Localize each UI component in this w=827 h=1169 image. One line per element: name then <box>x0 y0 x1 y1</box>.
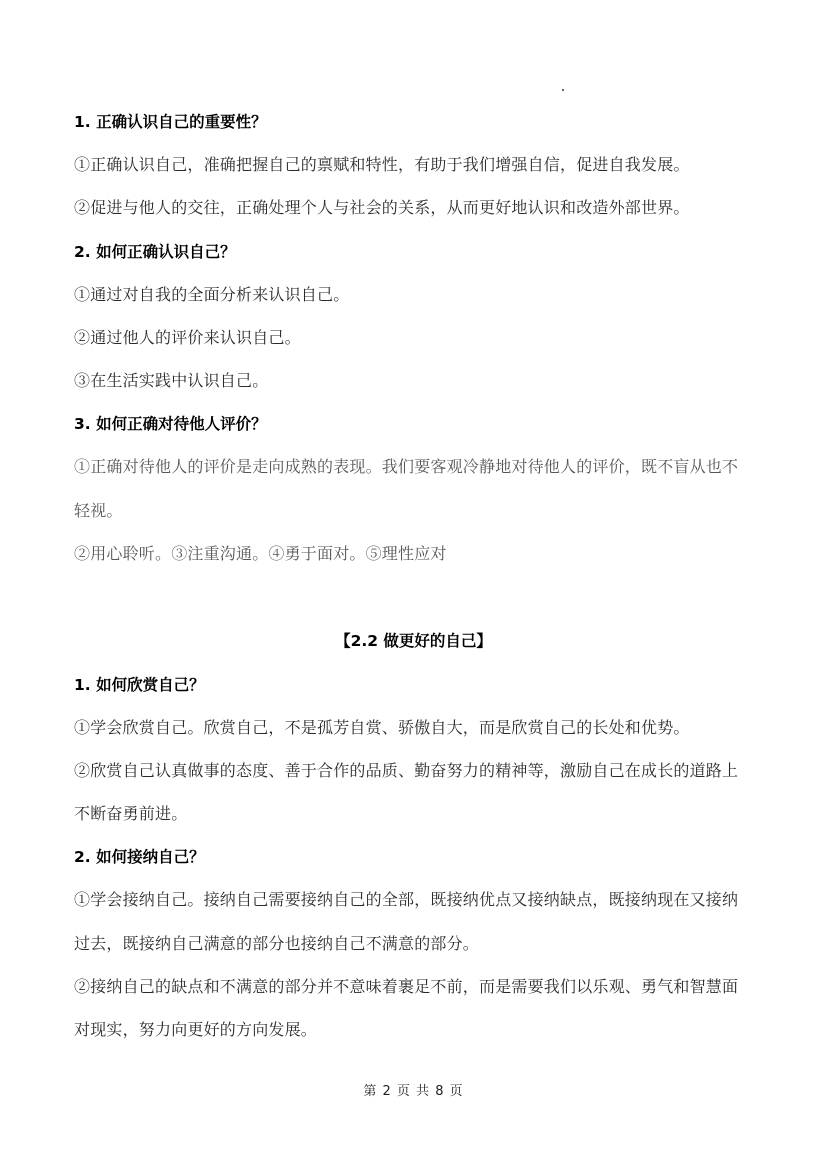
answer-line: ③在生活实践中认识自己。 <box>74 371 268 391</box>
answer-line: 对现实，努力向更好的方向发展。 <box>74 1020 317 1040</box>
answer-line: ①学会欣赏自己。欣赏自己，不是孤芳自赏、骄傲自大，而是欣赏自己的长处和优势。 <box>74 718 690 738</box>
question-heading-others-evaluation: 3. 如何正确对待他人评价？ <box>74 414 267 434</box>
question-heading-know-self: 2. 如何正确认识自己？ <box>74 242 236 262</box>
answer-line: ②用心聆听。③注重沟通。④勇于面对。⑤理性应对 <box>74 544 447 564</box>
answer-line: 过去，既接纳自己满意的部分也接纳自己不满意的部分。 <box>74 934 479 954</box>
question-heading-importance: 1. 正确认识自己的重要性？ <box>74 112 267 132</box>
answer-line: 不断奋勇前进。 <box>74 804 187 824</box>
answer-line: ②接纳自己的缺点和不满意的部分并不意味着裹足不前，而是需要我们以乐观、勇气和智慧… <box>74 977 738 997</box>
answer-line: ①正确对待他人的评价是走向成熟的表现。我们要客观冷静地对待他人的评价，既不盲从也… <box>74 457 738 477</box>
answer-line: ②通过他人的评价来认识自己。 <box>74 328 301 348</box>
page-number: 第 2 页 共 8 页 <box>0 1080 827 1099</box>
answer-line: ②欣赏自己认真做事的态度、善于合作的品质、勤奋努力的精神等，激励自己在成长的道路… <box>74 761 738 781</box>
stray-mark <box>562 89 564 91</box>
question-heading-appreciate-self: 1. 如何欣赏自己？ <box>74 675 205 695</box>
section-heading: 【2.2 做更好的自己】 <box>0 631 827 651</box>
answer-line: ①正确认识自己，准确把握自己的禀赋和特性，有助于我们增强自信，促进自我发展。 <box>74 155 690 175</box>
answer-line: ①通过对自我的全面分析来认识自己。 <box>74 285 349 305</box>
answer-line: ①学会接纳自己。接纳自己需要接纳自己的全部，既接纳优点又接纳缺点，既接纳现在又接… <box>74 890 738 910</box>
question-heading-accept-self: 2. 如何接纳自己？ <box>74 847 205 867</box>
answer-line: 轻视。 <box>74 501 123 521</box>
answer-line: ②促进与他人的交往，正确处理个人与社会的关系，从而更好地认识和改造外部世界。 <box>74 198 690 218</box>
